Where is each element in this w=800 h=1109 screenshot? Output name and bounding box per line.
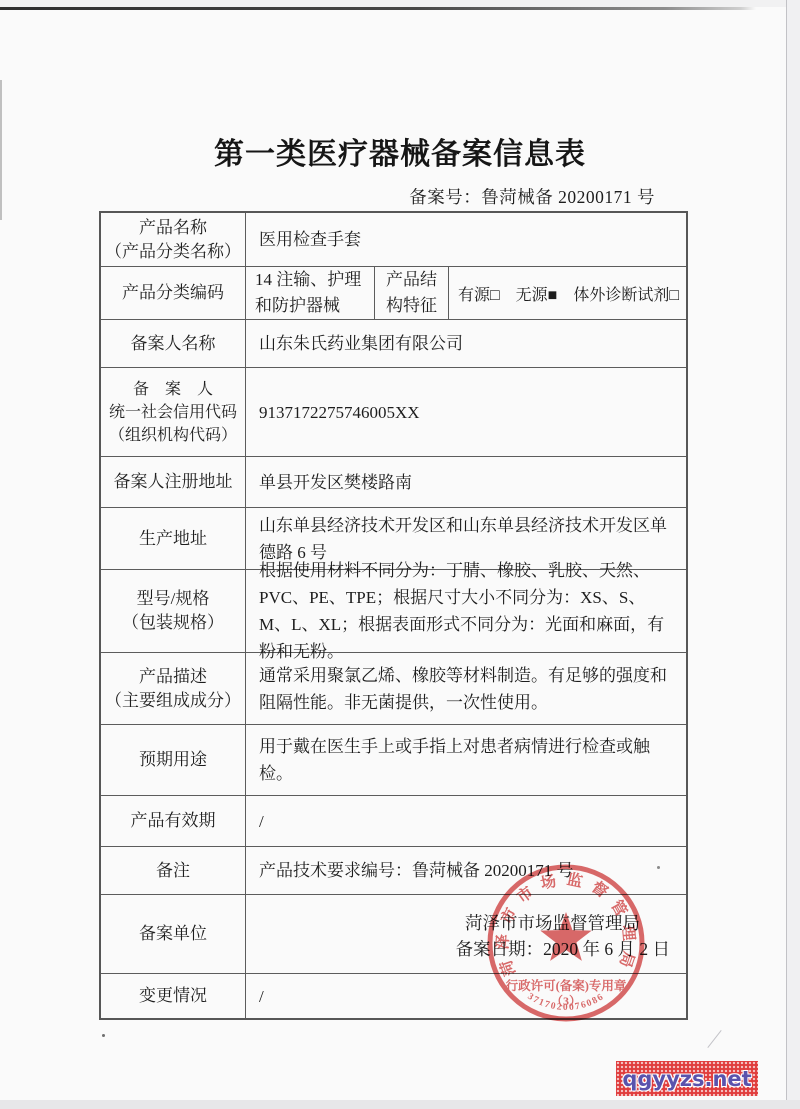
- row-label: 备案单位: [101, 895, 246, 973]
- filing-org-name: 菏泽市市场监督管理局: [246, 910, 678, 936]
- row-label: 型号/规格 （包装规格）: [101, 570, 246, 652]
- filing-date: 备案日期：2020 年 6 月 2 日: [246, 936, 678, 962]
- table-row-intended-use: 预期用途 用于戴在医生手上或手指上对患者病情进行检查或触检。: [101, 725, 686, 796]
- table-row-product-name: 产品名称 （产品分类名称） 医用检查手套: [101, 213, 686, 267]
- filing-org-value: 菏泽市市场监督管理局 备案日期：2020 年 6 月 2 日: [246, 895, 686, 973]
- scan-artifact-scratch: [707, 1030, 721, 1048]
- table-row-validity: 产品有效期 /: [101, 796, 686, 847]
- filing-info-table: 产品名称 （产品分类名称） 医用检查手套 产品分类编码 14 注输、护理和防护器…: [99, 211, 688, 1020]
- table-row-credit-code: 备 案 人 统一社会信用代码 （组织机构代码） 9137172275746005…: [101, 368, 686, 457]
- row-label: 产品描述 （主要组成成分）: [101, 653, 246, 724]
- row-value: 山东朱氏药业集团有限公司: [246, 320, 686, 367]
- scan-artifact-dot: [102, 1034, 105, 1037]
- table-row-changes: 变更情况 /: [101, 974, 686, 1018]
- row-label: 备案人名称: [101, 320, 246, 367]
- row-label: 备 案 人 统一社会信用代码 （组织机构代码）: [101, 368, 246, 456]
- table-row-registered-address: 备案人注册地址 单县开发区樊楼路南: [101, 457, 686, 508]
- row-label: 产品有效期: [101, 796, 246, 846]
- row-label: 预期用途: [101, 725, 246, 795]
- row-label: 生产地址: [101, 508, 246, 569]
- row-value: 用于戴在医生手上或手指上对患者病情进行检查或触检。: [246, 725, 686, 795]
- table-row-remarks: 备注 产品技术要求编号：鲁菏械备 20200171 号: [101, 847, 686, 895]
- row-value: 9137172275746005XX: [246, 368, 686, 456]
- row-value: 单县开发区樊楼路南: [246, 457, 686, 507]
- row-value: 通常采用聚氯乙烯、橡胶等材料制造。有足够的强度和阻隔性能。非无菌提供，一次性使用…: [246, 653, 686, 724]
- structure-feature-checkboxes: 有源□ 无源■ 体外诊断试剂□: [449, 267, 686, 319]
- table-row-classification: 产品分类编码 14 注输、护理和防护器械 产品结构特征 有源□ 无源■ 体外诊断…: [101, 267, 686, 320]
- row-label: 备注: [101, 847, 246, 894]
- row-value: 产品技术要求编号：鲁菏械备 20200171 号: [246, 847, 686, 894]
- scan-artifact-top-strip: [0, 0, 800, 7]
- structure-feature-label: 产品结构特征: [375, 267, 449, 319]
- row-label: 备案人注册地址: [101, 457, 246, 507]
- table-row-filing-org: 备案单位 菏泽市市场监督管理局 备案日期：2020 年 6 月 2 日: [101, 895, 686, 974]
- record-number-value: 鲁菏械备 20200171 号: [481, 187, 655, 207]
- scanned-document-page: 第一类医疗器械备案信息表 备案号：鲁菏械备 20200171 号 产品名称 （产…: [0, 0, 800, 1109]
- table-row-model-spec: 型号/规格 （包装规格） 根据使用材料不同分为：丁腈、橡胶、乳胶、天然、PVC、…: [101, 570, 686, 653]
- row-value: 医用检查手套: [246, 213, 686, 266]
- row-label: 变更情况: [101, 974, 246, 1018]
- table-row-filer-name: 备案人名称 山东朱氏药业集团有限公司: [101, 320, 686, 368]
- row-label: 产品分类编码: [101, 267, 246, 319]
- table-row-description: 产品描述 （主要组成成分） 通常采用聚氯乙烯、橡胶等材料制造。有足够的强度和阻隔…: [101, 653, 686, 725]
- row-value: 根据使用材料不同分为：丁腈、橡胶、乳胶、天然、PVC、PE、TPE；根据尺寸大小…: [246, 570, 686, 652]
- row-value: /: [246, 796, 686, 846]
- record-number: 备案号：鲁菏械备 20200171 号: [409, 184, 655, 209]
- row-value: /: [246, 974, 686, 1018]
- scan-artifact-top-line: [0, 7, 756, 10]
- row-label: 产品名称 （产品分类名称）: [101, 213, 246, 266]
- site-watermark: qgyyzs.net: [616, 1061, 758, 1096]
- record-number-label: 备案号：: [409, 187, 481, 207]
- classification-code: 14 注输、护理和防护器械: [246, 267, 375, 319]
- document-title: 第一类医疗器械备案信息表: [0, 129, 800, 173]
- scan-artifact-bottom-edge: [0, 1100, 800, 1109]
